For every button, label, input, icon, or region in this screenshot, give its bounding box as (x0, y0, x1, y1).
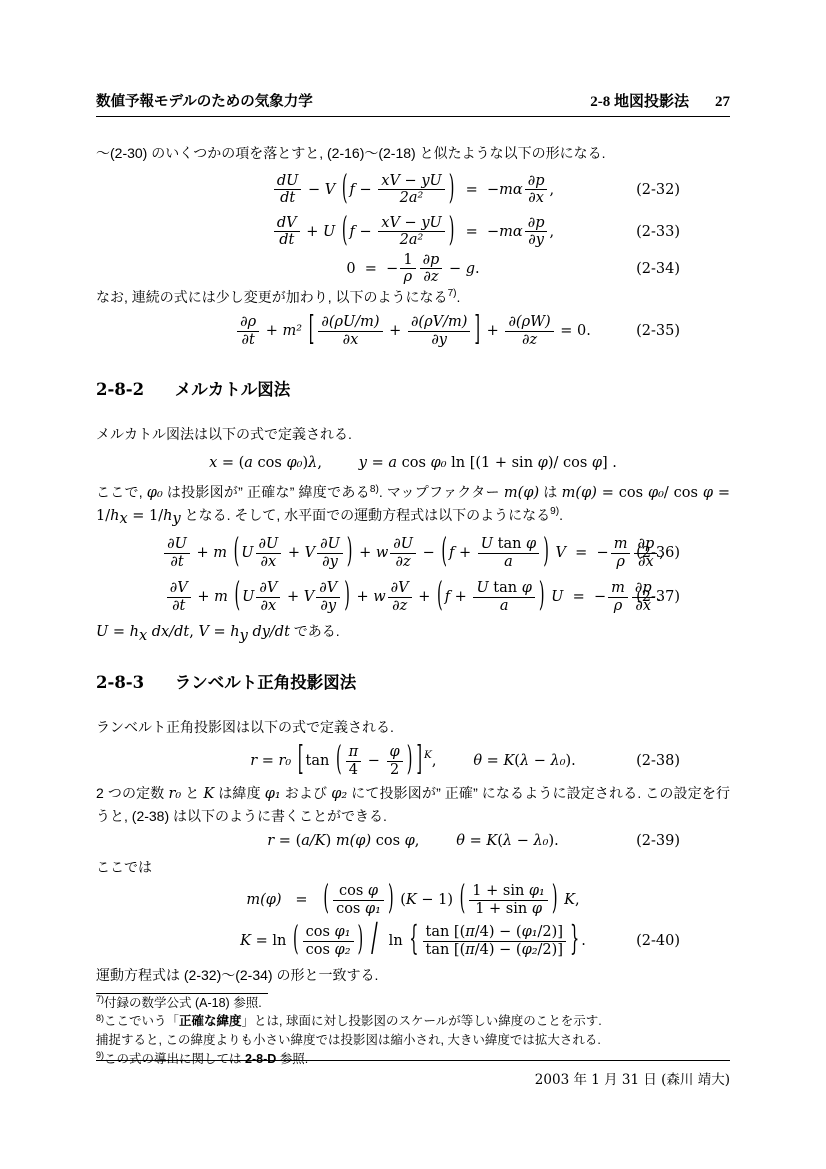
text-run: K (564, 892, 575, 908)
text-run: y (240, 628, 248, 644)
equation-number-2-40: (2-40) (636, 933, 680, 949)
equation-2-40-line1: m(φ) = (cos φcos φ₁) (K − 1) (1 + sin φ₁… (96, 881, 730, 919)
fraction-denominator: tan [(π/4) − (φ₂/2)] (423, 941, 566, 959)
fraction-denominator: cos φ₁ (333, 900, 384, 918)
group-content: U∂V∂x + V∂V∂y (242, 580, 342, 614)
delimited-group: (cos φcos φ₁) (321, 883, 395, 917)
text-run: ) (326, 833, 336, 849)
section-title: メルカトル図法 (175, 381, 291, 399)
equation-body: dUdt − V (f − xV − yU2a²) = −mα∂p∂x, (272, 173, 554, 207)
fraction-denominator: ∂x (256, 553, 282, 571)
equation-number-2-36: (2-36) (636, 545, 680, 561)
group-content: f − xV − yU2a² (350, 173, 447, 207)
text-run: λ − λ₀ (503, 833, 549, 849)
fraction-denominator: 2a² (378, 231, 444, 249)
open-delimiter: ( (336, 741, 342, 779)
text-run: ∂z (522, 332, 537, 348)
open-delimiter: [ (298, 741, 304, 779)
text-run: ∂(ρU/m) (321, 314, 379, 330)
fraction-denominator: ∂z (505, 331, 553, 349)
fraction-numerator: ∂p (525, 173, 548, 190)
paragraph-kokode: ここでは (96, 857, 730, 879)
section-number: 2-8-3 (96, 673, 144, 692)
text-run: , (575, 892, 580, 908)
subscript: y (172, 515, 180, 526)
text-run: ∂y (431, 332, 447, 348)
equation-2-32: dUdt − V (f − xV − yU2a²) = −mα∂p∂x, (2-… (96, 169, 730, 211)
text-run: V (198, 624, 208, 640)
text-run: = − (456, 182, 499, 198)
text-run: φ (522, 580, 532, 596)
text-run: φ (390, 744, 400, 760)
text-run: 2a² (400, 232, 424, 248)
text-run: ] . (602, 455, 617, 471)
fraction: cos φcos φ₁ (333, 883, 384, 917)
text-run: x (119, 511, 127, 527)
close-delimiter: ) (449, 170, 455, 208)
text-run: a/K (301, 833, 325, 849)
superscript: 9) (96, 1050, 104, 1060)
footer-date: 2003 年 1 月 31 日 (森川 靖大) (535, 1072, 730, 1088)
close-delimiter: ) (388, 880, 394, 918)
delimited-group: (1 + sin φ₁1 + sin φ) (458, 883, 560, 917)
text-run: + (414, 589, 435, 605)
fraction-numerator: U tan φ (478, 536, 539, 553)
subscript: x (119, 515, 127, 526)
equation-body: r = r₀ [tan (π4 − φ2)]K, θ = K(λ − λ₀). (250, 744, 576, 778)
text-run: 1 (403, 252, 412, 268)
fraction-numerator: dU (274, 173, 302, 190)
close-delimiter: ) (449, 212, 455, 250)
text-run: ∂x (261, 598, 277, 614)
group-content: cos φcos φ₁ (331, 883, 386, 917)
text-run: + (192, 545, 213, 561)
text-run: − (363, 753, 384, 769)
text-run: φ₀ (431, 455, 447, 471)
footnote-8: 8)ここでいう「正確な緯度」とは, 球面に対し投影図のスケールが等しい緯度のこと… (96, 1012, 730, 1031)
equation-number-2-35: (2-35) (636, 323, 680, 339)
equation-body: dVdt + U (f − xV − yU2a²) = −mα∂p∂y, (272, 215, 554, 249)
text-run: φ₂ (335, 942, 351, 958)
text-run: φ₂ (522, 942, 538, 958)
text-run: h (230, 624, 239, 640)
text-run: tan (493, 536, 526, 552)
text-run: φ (405, 833, 415, 849)
paragraph-mercator: メルカトル図法は以下の式で定義される. (96, 424, 730, 446)
text-run: dt (279, 232, 294, 248)
text-run: は (539, 484, 562, 500)
delimited-group: (π4 − φ2) (334, 744, 414, 778)
text-run: m (213, 545, 227, 561)
open-delimiter: ( (323, 880, 329, 918)
text-run: π (465, 942, 475, 958)
text-run: , (432, 753, 473, 769)
text-run: φ₂ (331, 786, 347, 802)
close-delimiter: ] (474, 311, 480, 349)
text-run: m(φ) (504, 485, 539, 501)
text-run: cos (253, 455, 287, 471)
fraction: U tan φa (473, 580, 534, 614)
open-delimiter: ( (437, 577, 443, 615)
group-content: tan (π4 − φ2) (306, 744, 415, 778)
section-number: 2-8-2 (96, 380, 144, 399)
text-run: + (352, 589, 373, 605)
open-delimiter: ( (342, 212, 348, 250)
open-delimiter: ( (342, 170, 348, 208)
delimited-group: (f − xV − yU2a²) (340, 173, 457, 207)
text-run: ρ (614, 598, 623, 614)
text-run: w (376, 545, 388, 561)
text-run: ( (396, 892, 406, 908)
text-run: tan (489, 580, 522, 596)
text-run: ∂p (423, 252, 440, 268)
text-run: 正確な緯度 (179, 1014, 242, 1028)
text-run: + (454, 545, 475, 561)
superscript: 9) (550, 506, 559, 517)
text-run: 運動方程式は (2-32)～(2-34) の形と一致する. (96, 967, 378, 983)
text-run: 9) (550, 506, 559, 517)
fraction-denominator: 4 (346, 761, 362, 779)
text-run: φ₀ (286, 455, 302, 471)
text-run: ln [(1 + sin (447, 455, 538, 471)
text-run: 8) (370, 484, 379, 495)
close-delimiter: ) (347, 533, 353, 571)
text-run: h (130, 624, 139, 640)
equation-2-39: r = (a/K) m(φ) cos φ, θ = K(λ − λ₀). (2-… (96, 829, 730, 853)
text-run: K (240, 933, 251, 949)
text-run: φ₁ (335, 924, 351, 940)
fraction: xV − yU2a² (378, 173, 444, 207)
fraction: U tan φa (478, 536, 539, 570)
text-run: φ₁ (529, 883, 545, 899)
fraction-denominator: ∂y (408, 331, 470, 349)
close-delimiter: ) (552, 880, 558, 918)
text-run: m (214, 589, 228, 605)
group-content: f + U tan φa (445, 580, 537, 614)
paragraph-constants: 2 つの定数 r₀ と K は緯度 φ₁ および φ₂ にて投影図が” 正確” … (96, 783, 730, 827)
footnote-8-continued: 捕捉すると, この緯度よりも小さい緯度では投影図は縮小され, 大きい緯度では拡大… (96, 1031, 730, 1050)
text-run: U (242, 589, 254, 605)
text-run: + (302, 224, 323, 240)
text-run: φ (703, 485, 713, 501)
text-run: . (559, 507, 563, 523)
fraction-numerator: tan [(π/4) − (φ₁/2)] (423, 924, 566, 941)
text-run: a (500, 598, 509, 614)
fraction: ∂p∂x (525, 173, 548, 207)
text-run: m (614, 536, 628, 552)
delimited-group: (f + U tan φa) (435, 580, 547, 614)
fraction-numerator: ∂(ρW) (505, 314, 553, 331)
text-run: ∂z (396, 554, 411, 570)
text-run: m(φ) (246, 892, 281, 908)
superscript: 7) (448, 288, 457, 299)
text-run: ∂t (172, 598, 185, 614)
text-run: + (193, 589, 214, 605)
text-run: 2a² (400, 190, 424, 206)
section-title: ランベルト正角投影図法 (175, 674, 357, 692)
fraction-numerator: ∂p (525, 215, 548, 232)
fraction: ∂U∂t (164, 536, 190, 570)
text-run: U (481, 536, 493, 552)
fraction: ∂ρ∂t (237, 314, 259, 348)
delimited-group: (cos φ₁cos φ₂) (291, 924, 365, 958)
close-delimiter: ) (344, 577, 350, 615)
text-run: = − (456, 224, 499, 240)
text-run: 2 つの定数 (96, 785, 168, 801)
text-run: ∂t (170, 554, 183, 570)
fraction: 1ρ (400, 252, 415, 286)
text-run: r (267, 833, 274, 849)
text-run: V (555, 545, 565, 561)
fraction-denominator: ∂z (420, 268, 443, 286)
text-run: /2)] (538, 924, 563, 940)
fraction-numerator: 1 (400, 252, 415, 269)
text-run: x (209, 455, 217, 471)
fraction: ∂(ρV/m)∂y (408, 314, 470, 348)
text-run: /4) − ( (475, 924, 522, 940)
fraction-denominator: ∂z (390, 553, 416, 571)
fraction-numerator: xV − yU (378, 173, 444, 190)
text-run: = ( (217, 455, 244, 471)
text-run: 4 (349, 762, 358, 778)
text-run: ∂z (423, 269, 438, 285)
close-delimiter: ] (416, 741, 422, 779)
text-run: φ₁ (522, 924, 538, 940)
text-run: φ₀ (147, 485, 163, 501)
fraction: 1 + sin φ₁1 + sin φ (469, 883, 548, 917)
paragraph-continuity: なお, 連続の式には少し変更が加わり, 以下のようになる7). (96, 287, 730, 309)
text-run: a (388, 455, 397, 471)
text-run: ∂x (528, 190, 544, 206)
text-run: θ (473, 753, 482, 769)
equation-number-2-32: (2-32) (636, 182, 680, 198)
text-run: = ln (251, 933, 291, 949)
page: 数値予報モデルのための気象力学 2-8 地図投影法 27 ～(2-30) のいく… (0, 0, 826, 1169)
fraction-numerator: m (608, 580, 628, 597)
group-content: π4 − φ2 (344, 744, 405, 778)
fraction-denominator: ρ (611, 553, 631, 571)
text-run: ∂U (393, 536, 413, 552)
text-run: m(φ) (562, 485, 597, 501)
text-run: λ − λ₀ (520, 753, 566, 769)
text-run: ∂y (528, 232, 544, 248)
fraction-numerator: ∂U (164, 536, 190, 553)
text-run: ). (566, 753, 576, 769)
open-delimiter: [ (309, 311, 315, 349)
text-run: dV (277, 215, 297, 231)
fraction: ∂V∂z (388, 580, 412, 614)
fraction: ∂V∂x (256, 580, 280, 614)
text-run: ランベルト正角投影図は以下の式で定義される. (96, 719, 394, 735)
fraction: φ2 (387, 744, 403, 778)
text-run: ここでいう「 (104, 1014, 179, 1028)
text-run: − 1) (417, 892, 458, 908)
text-run: − (355, 224, 376, 240)
header-title-left: 数値予報モデルのための気象力学 (96, 90, 313, 111)
superscript: 8) (96, 1013, 104, 1023)
fraction-denominator: ∂t (237, 331, 259, 349)
text-run: r (250, 753, 257, 769)
text-run: + (283, 545, 304, 561)
text-run: K (406, 892, 417, 908)
text-run: , (549, 182, 554, 198)
text-run: φ₀ (648, 485, 664, 501)
text-run: + (354, 545, 375, 561)
group-content: 1 + sin φ₁1 + sin φ (467, 883, 550, 917)
text-run: φ (538, 455, 548, 471)
text-run: . (581, 933, 586, 949)
text-run: /4) − ( (475, 942, 522, 958)
text-run: mα (499, 224, 523, 240)
text-run: ). (548, 833, 558, 849)
text-run: ∂y (322, 554, 338, 570)
text-run: は投影図が” 正確な” 緯度である (163, 484, 370, 500)
equation-2-37: ∂V∂t + m (U∂V∂x + V∂V∂y) + w∂V∂z + (f + … (96, 575, 730, 619)
fraction-numerator: 1 + sin φ₁ (469, 883, 548, 900)
text-run: . (475, 261, 480, 277)
text-run: cos (371, 833, 405, 849)
text-run: = − (563, 589, 606, 605)
text-run: tan [( (426, 924, 466, 940)
header-right: 2-8 地図投影法 27 (590, 90, 730, 111)
fraction: ∂U∂x (256, 536, 282, 570)
text-run: , (415, 833, 456, 849)
fraction-numerator: ∂U (390, 536, 416, 553)
text-run: K (486, 833, 497, 849)
text-run: 0 = − (346, 261, 398, 277)
text-run: である. (290, 623, 340, 639)
text-run: ∂U (167, 536, 187, 552)
text-run: となる. そして, 水平面での運動方程式は以下のようになる (181, 507, 550, 523)
fraction-denominator: 1 + sin φ (469, 900, 548, 918)
superscript: 8) (370, 484, 379, 495)
subscript: y (240, 632, 248, 643)
text-run: ∂z (392, 598, 407, 614)
fraction-numerator: U tan φ (473, 580, 534, 597)
text-run: ∂ρ (240, 314, 256, 330)
text-run: = (282, 892, 322, 908)
group-content: f − xV − yU2a² (350, 215, 447, 249)
fraction-denominator: ∂x (256, 597, 280, 615)
text-run: π (465, 924, 475, 940)
close-delimiter: ) (407, 741, 413, 779)
text-run: ∂p (528, 173, 545, 189)
close-delimiter: } (570, 921, 579, 959)
close-delimiter: ) (539, 577, 545, 615)
text-run: ∂x (261, 554, 277, 570)
text-run: r₀ (279, 753, 292, 769)
text-run: U (551, 589, 563, 605)
fraction-denominator: ∂y (317, 553, 343, 571)
text-run: . (457, 289, 461, 305)
equation-body: ∂ρ∂t + m² [∂(ρU/m)∂x + ∂(ρV/m)∂y] + ∂(ρW… (235, 314, 591, 348)
text-run: K (424, 749, 432, 761)
fraction: mρ (608, 580, 628, 614)
big-slash-icon: / (371, 918, 378, 961)
text-run: − (355, 182, 376, 198)
fraction-numerator: cos φ (333, 883, 384, 900)
text-run: m² (283, 323, 303, 339)
paragraph-map-factor: ここで, φ₀ は投影図が” 正確な” 緯度である8). マップファクター m(… (96, 482, 730, 527)
text-run: φ (532, 901, 542, 917)
text-run: + (385, 323, 406, 339)
text-run: tan (306, 753, 334, 769)
text-run: = − (566, 545, 609, 561)
text-run: ρ (404, 269, 413, 285)
text-run: cos (306, 942, 335, 958)
text-run: φ (368, 883, 378, 899)
text-run: メルカトル図法は以下の式で定義される. (96, 426, 352, 442)
fraction-denominator: ∂t (167, 597, 191, 615)
text-run: φ (592, 455, 602, 471)
group-content: f + U tan φa (449, 536, 541, 570)
fraction-denominator: 2 (387, 761, 403, 779)
equation-number-2-38: (2-38) (636, 753, 680, 769)
text-run: = (108, 624, 129, 640)
text-run: dU (277, 173, 299, 189)
equation-number-2-37: (2-37) (636, 589, 680, 605)
text-run: 2 (390, 762, 399, 778)
text-run: ∂y (320, 598, 336, 614)
text-run: は緯度 (214, 785, 265, 801)
fraction-numerator: ∂V (388, 580, 412, 597)
text-run: 9) (96, 1050, 104, 1060)
fraction-numerator: ∂V (316, 580, 340, 597)
page-header: 数値予報モデルのための気象力学 2-8 地図投影法 27 (96, 0, 730, 117)
text-run: − (418, 545, 439, 561)
text-run: U (476, 580, 488, 596)
fraction-numerator: ∂ρ (237, 314, 259, 331)
text-run: r₀ (168, 786, 181, 802)
text-run: V (305, 545, 315, 561)
fraction-denominator: ρ (400, 268, 415, 286)
fraction-numerator: ∂(ρU/m) (318, 314, 382, 331)
text-run: cos (339, 883, 368, 899)
text-run: = 1/ (128, 508, 163, 524)
text-run: dy/dt (252, 624, 289, 640)
fraction: xV − yU2a² (378, 215, 444, 249)
text-run: )/ cos (548, 455, 592, 471)
text-run: + (282, 589, 303, 605)
close-delimiter: ) (358, 921, 364, 959)
fraction-numerator: ∂(ρV/m) (408, 314, 470, 331)
delimited-group: (f + U tan φa) (439, 536, 551, 570)
text-run: V (304, 589, 314, 605)
fraction-denominator: a (473, 597, 534, 615)
fraction: mρ (611, 536, 631, 570)
equation-2-40-line2: K = ln (cos φ₁cos φ₂)/ ln {tan [(π/4) − … (96, 919, 730, 963)
text-run: xV − yU (381, 215, 441, 231)
text-run: と (181, 785, 203, 801)
text-run: w (373, 589, 385, 605)
text-run: ∂V (319, 580, 337, 596)
equation-body: K = ln (cos φ₁cos φ₂)/ ln {tan [(π/4) − … (240, 924, 586, 958)
page-footer: 2003 年 1 月 31 日 (森川 靖大) (96, 1060, 730, 1088)
equation-2-35: ∂ρ∂t + m² [∂(ρU/m)∂x + ∂(ρV/m)∂y] + ∂(ρW… (96, 310, 730, 352)
fraction-denominator: ρ (608, 597, 628, 615)
equation-2-38: r = r₀ [tan (π4 − φ2)]K, θ = K(λ − λ₀). … (96, 741, 730, 781)
delimited-group: (U∂V∂x + V∂V∂y) (232, 580, 351, 614)
text-run: cos (306, 924, 335, 940)
group-content: cos φ₁cos φ₂ (301, 924, 356, 958)
text-run: ∂U (259, 536, 279, 552)
text-run: / cos (664, 485, 703, 501)
equation-body: 0 = −1ρ∂p∂z − g. (346, 252, 479, 286)
text-run: x (139, 628, 147, 644)
paragraph-lambert: ランベルト正角投影図は以下の式で定義される. (96, 717, 730, 739)
superscript: 7) (96, 994, 104, 1004)
open-delimiter: ( (234, 577, 240, 615)
